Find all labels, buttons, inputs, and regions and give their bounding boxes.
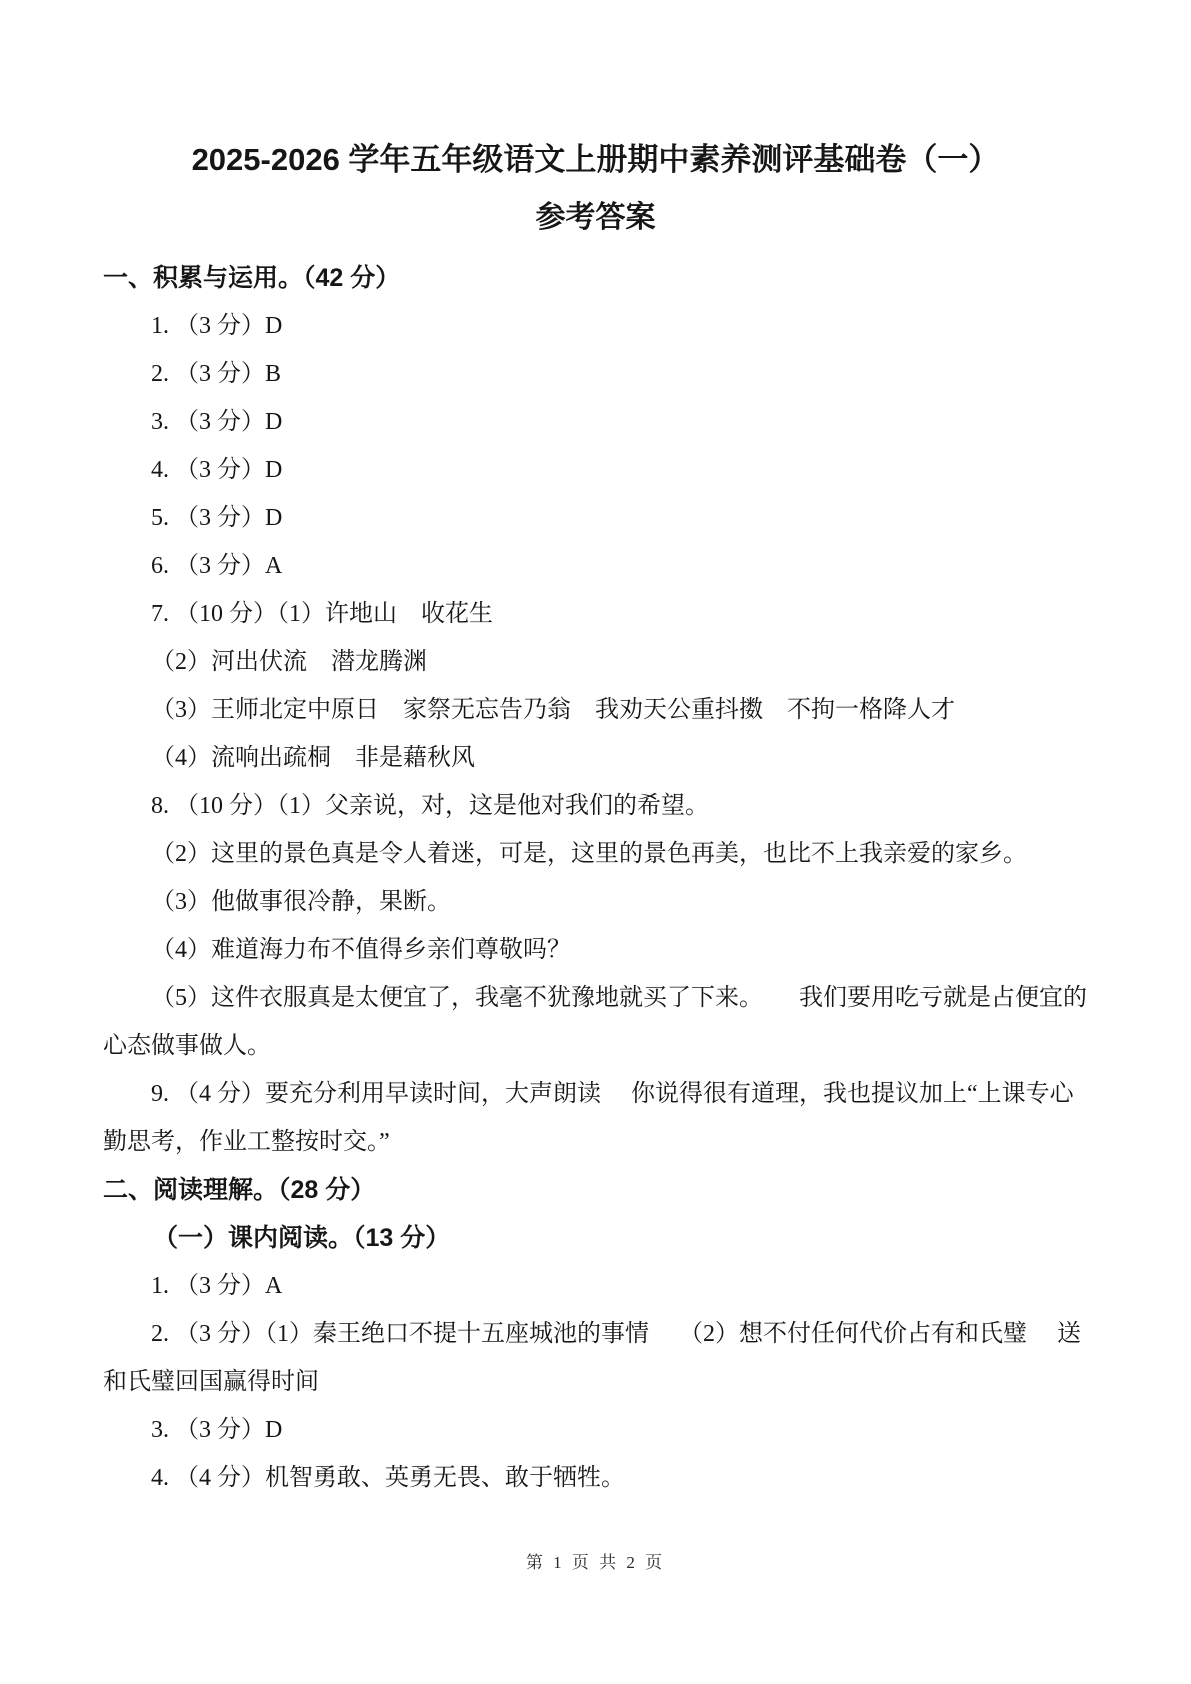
answer-subline: （3）王师北定中原日 家祭无忘告乃翁 我劝天公重抖擞 不拘一格降人才: [103, 686, 1088, 734]
answer-line: 6. （3 分）A: [103, 542, 1088, 590]
answer-line: 4. （4 分）机智勇敢、英勇无畏、敢于牺牲。: [103, 1454, 1088, 1502]
answer-line: 1. （3 分）A: [103, 1262, 1088, 1310]
document-title: 2025-2026 学年五年级语文上册期中素养测评基础卷（一）: [103, 138, 1088, 182]
answer-subline: （3）他做事很冷静，果断。: [103, 878, 1088, 926]
answer-line: 2. （3 分）B: [103, 350, 1088, 398]
answer-subline: （2）这里的景色真是令人着迷，可是，这里的景色再美，也比不上我亲爱的家乡。: [103, 830, 1088, 878]
answer-line-continuation: 心态做事做人。: [103, 1022, 1088, 1070]
answer-line: 1. （3 分）D: [103, 302, 1088, 350]
answer-line: 5. （3 分）D: [103, 494, 1088, 542]
answer-body: 一、积累与运用。（42 分） 1. （3 分）D 2. （3 分）B 3. （3…: [103, 254, 1088, 1502]
page-number-footer: 第 1 页 共 2 页: [0, 1548, 1191, 1573]
answer-subline: （4）流响出疏桐 非是藉秋风: [103, 734, 1088, 782]
answer-line: 8. （10 分）（1）父亲说，对，这是他对我们的希望。: [103, 782, 1088, 830]
document-content: 2025-2026 学年五年级语文上册期中素养测评基础卷（一） 参考答案 一、积…: [0, 0, 1191, 1502]
answer-line: 4. （3 分）D: [103, 446, 1088, 494]
section-1-heading: 一、积累与运用。（42 分）: [103, 254, 1088, 302]
answer-line: 3. （3 分）D: [103, 1406, 1088, 1454]
answer-line: 3. （3 分）D: [103, 398, 1088, 446]
document-subtitle: 参考答案: [103, 196, 1088, 240]
section-2-subheading: （一）课内阅读。（13 分）: [103, 1214, 1088, 1262]
answer-line: 9. （4 分）要充分利用早读时间，大声朗读 你说得很有道理，我也提议加上“上课…: [103, 1070, 1088, 1118]
section-2-heading: 二、阅读理解。（28 分）: [103, 1166, 1088, 1214]
answer-subline: （5）这件衣服真是太便宜了，我毫不犹豫地就买了下来。 我们要用吃亏就是占便宜的: [103, 974, 1088, 1022]
answer-subline: （2）河出伏流 潜龙腾渊: [103, 638, 1088, 686]
answer-line: 7. （10 分）（1）许地山 收花生: [103, 590, 1088, 638]
answer-line-continuation: 勤思考，作业工整按时交。”: [103, 1118, 1088, 1166]
answer-subline: （4）难道海力布不值得乡亲们尊敬吗？: [103, 926, 1088, 974]
answer-line-continuation: 和氏璧回国赢得时间: [103, 1358, 1088, 1406]
document-page: 2025-2026 学年五年级语文上册期中素养测评基础卷（一） 参考答案 一、积…: [0, 0, 1191, 1684]
answer-line: 2. （3 分）（1）秦王绝口不提十五座城池的事情 （2）想不付任何代价占有和氏…: [103, 1310, 1088, 1358]
